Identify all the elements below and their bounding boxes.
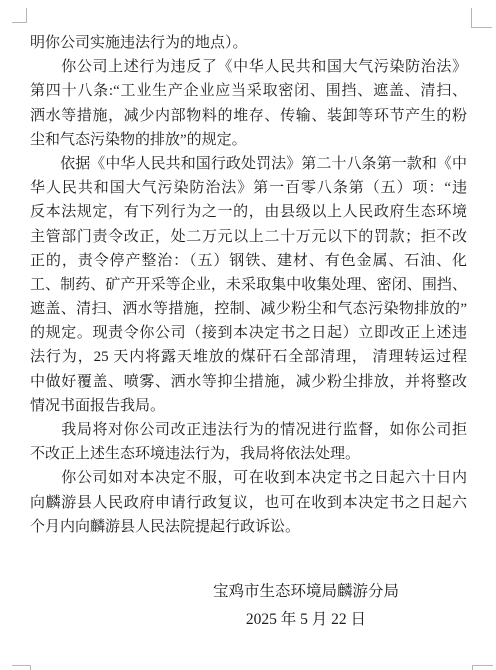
text-line: 主管部门责令改正，处二万元以上二十万元以下的罚款；拒不改	[30, 225, 467, 249]
text-line: 个月内向麟游县人民法院提起行政诉讼。	[30, 515, 467, 539]
text-line: 工、制药、矿产开采等企业，未采取集中收集处理、密闭、围挡、	[30, 273, 467, 297]
text-line: 华人民共和国大气污染防治法》第一百零八条第（五）项：“违	[30, 176, 467, 200]
text-line: 遮盖、清扫、洒水等措施，控制、减少粉尘和气态污染物排放的”	[30, 297, 467, 321]
text-line: 的规定。现责令你公司（接到本决定书之日起）立即改正上述违	[30, 321, 467, 345]
signature-block: 宝鸡市生态环境局麟游分局 2025 年 5 月 22 日	[0, 580, 496, 632]
text-line: 反本法规定，有下列行为之一的，由县级以上人民政府生态环境	[30, 200, 467, 224]
scanned-document-page: 明你公司实施违法行为的地点）。 你公司上述行为违反了《中华人民共和国大气污染防治…	[0, 0, 496, 670]
text-line: 正的，责令停产整治：（五）钢铁、建材、有色金属、石油、化	[30, 249, 467, 273]
text-line: 向麟游县人民政府申请行政复议，也可在收到本决定书之日起六	[30, 491, 467, 515]
crop-mark-top-left	[12, 8, 27, 23]
document-body: 明你公司实施违法行为的地点）。 你公司上述行为违反了《中华人民共和国大气污染防治…	[30, 31, 467, 539]
crop-mark-bottom-left	[12, 665, 31, 670]
text-line: 你公司如对本决定不服，可在收到本决定书之日起六十日内	[30, 466, 467, 490]
text-line: 中做好覆盖、喷雾、洒水等抑尘措施，减少粉尘排放，并将整改	[30, 370, 467, 394]
text-line: 法行为，25 天内将露天堆放的煤矸石全部清理， 清理转运过程	[30, 345, 467, 369]
text-line: 洒水等措施，减少内部物料的堆存、传输、装卸等环节产生的粉	[30, 104, 467, 128]
text-line: 尘和气态污染物的排放”的规定。	[30, 128, 467, 152]
crop-mark-top-right	[471, 8, 492, 28]
text-line: 我局将对你公司改正违法行为的情况进行监督，如你公司拒	[30, 418, 467, 442]
issuing-authority: 宝鸡市生态环境局麟游分局	[116, 580, 496, 604]
text-line: 第四十八条:“工业生产企业应当采取密闭、围挡、遮盖、清扫、	[30, 79, 467, 103]
crop-mark-bottom-right	[472, 665, 493, 670]
text-line: 情况书面报告我局。	[30, 394, 467, 418]
text-line: 不改正上述生态环境违法行为，我局将依法处理。	[30, 442, 467, 466]
text-line: 你公司上述行为违反了《中华人民共和国大气污染防治法》	[30, 55, 467, 79]
issue-date: 2025 年 5 月 22 日	[116, 608, 496, 632]
text-line: 依据《中华人民共和国行政处罚法》第二十八条第一款和《中	[30, 152, 467, 176]
text-line: 明你公司实施违法行为的地点）。	[30, 31, 467, 55]
